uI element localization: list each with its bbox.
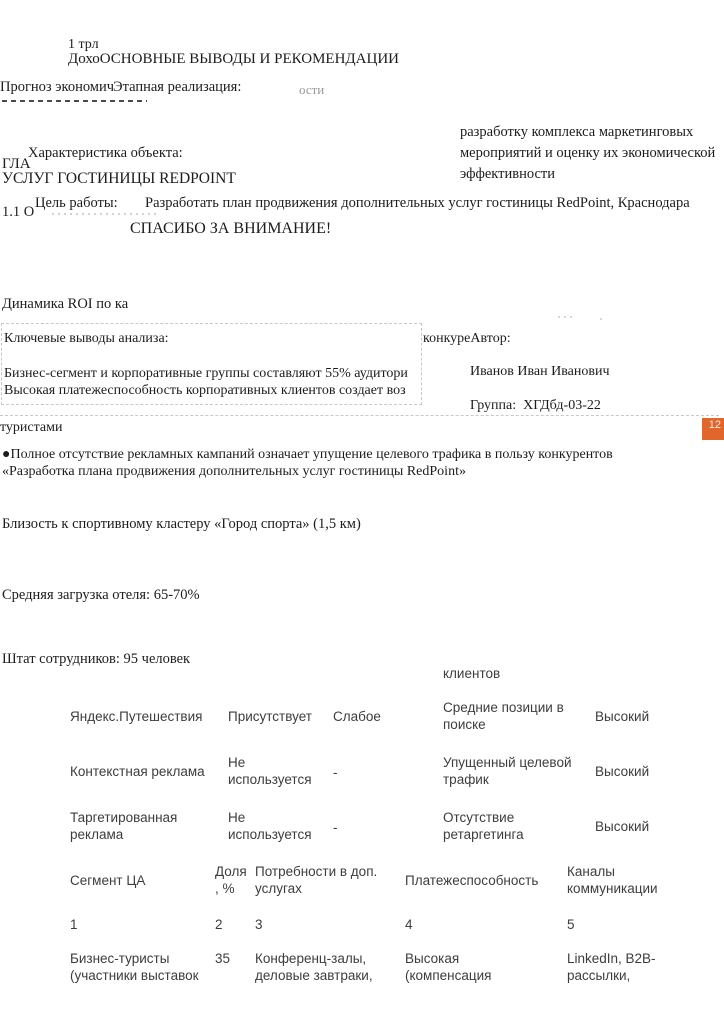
page-number-badge: 12	[702, 418, 724, 440]
trillion-fragment: 1 трл	[68, 37, 99, 52]
key-findings-line2: Высокая платежеспособность корпоративных…	[4, 383, 421, 398]
table-cell: Не используется	[228, 754, 338, 788]
author-name: Иванов Иван Иванович	[470, 364, 609, 379]
table-cell: -	[333, 819, 338, 836]
konkure-fragment: конкуре	[423, 331, 470, 346]
section-number-fragment: 1.1 О	[2, 205, 34, 220]
key-findings-title: Ключевые выводы анализа:	[4, 331, 169, 346]
table-cell: Бизнес-туристы (участники выставок	[70, 950, 235, 984]
table-cell: 3	[255, 916, 263, 933]
hotel-services-title: УСЛУГ ГОСТИНИЦЫ REDPOINT	[2, 171, 236, 186]
table-cell: Присутствует	[228, 708, 312, 725]
goal-text: Разработать план продвижения дополнитель…	[145, 196, 690, 211]
faded-speck-artifact	[558, 316, 572, 318]
author-label: Автор:	[470, 331, 510, 346]
table-cell: -	[333, 764, 338, 781]
table-cell: Не используется	[228, 809, 338, 843]
quote-line: «Разработка плана продвижения дополнител…	[2, 464, 466, 479]
faded-text-artifact	[52, 213, 157, 215]
thanks-line: СПАСИБО ЗА ВНИМАНИЕ!	[130, 221, 331, 236]
author-line: конкуреАвтор:	[423, 331, 511, 346]
table-cell: Конференц-залы, деловые завтраки,	[255, 950, 420, 984]
key-findings-line1: Бизнес-сегмент и корпоративные группы со…	[4, 366, 421, 381]
table-cell: Высокий	[595, 818, 649, 835]
forecast-fragment: Прогноз экономич	[0, 80, 114, 95]
table-header-cell: Платежеспособность	[405, 872, 538, 889]
table-cell: Таргетированная реклама	[70, 809, 200, 843]
faded-speck-artifact	[600, 318, 605, 320]
staff-line: Штат сотрудников: 95 человек	[2, 652, 190, 667]
table-cell: 2	[215, 916, 223, 933]
main-title: ДохоОСНОВНЫЕ ВЫВОДЫ И РЕКОМЕНДАЦИИ	[68, 52, 399, 67]
goal-label: Цель работы:	[35, 196, 118, 211]
clients-fragment: клиентов	[443, 665, 500, 682]
clipped-text-artifact	[2, 100, 147, 102]
table-cell: Упущенный целевой трафик	[443, 754, 598, 788]
table-cell: Контекстная реклама	[70, 763, 205, 780]
table-cell: Высокая (компенсация	[405, 950, 550, 984]
table-cell: 5	[567, 916, 575, 933]
table-cell: 1	[70, 916, 78, 933]
table-cell: Слабое	[333, 708, 381, 725]
table-cell: 35	[215, 950, 230, 967]
proximity-line: Близость к спортивному кластеру «Город с…	[2, 517, 361, 532]
occupancy-line: Средняя загрузка отеля: 65-70%	[2, 588, 200, 603]
table-cell: Яндекс.Путешествия	[70, 708, 202, 725]
marketing-block: разработку комплекса маркетинговых мероп…	[460, 122, 724, 185]
group-label: Группа:	[470, 398, 516, 413]
table-cell: Высокий	[595, 763, 649, 780]
table-cell: Средние позиции в поиске	[443, 699, 593, 733]
table-header-cell: Потребности в доп. услугах	[255, 863, 407, 897]
group-line: Группа: ХГДбд-03-22	[470, 398, 601, 413]
characteristic-label: Характеристика объекта:	[28, 146, 183, 161]
table-cell: Высокий	[595, 708, 649, 725]
forecast-tail-fragment: ости	[299, 82, 324, 97]
group-value: ХГДбд-03-22	[523, 398, 601, 413]
table-cell: LinkedIn, B2B- рассылки,	[567, 950, 697, 984]
table-header-cell: Каналы коммуникации	[567, 863, 692, 897]
stage-label: Этапная реализация:	[113, 80, 269, 95]
document-page: 1 трл ДохоОСНОВНЫЕ ВЫВОДЫ И РЕКОМЕНДАЦИИ…	[0, 0, 724, 1024]
roi-fragment: Динамика ROI по ка	[2, 297, 128, 312]
bullet-line: ●Полное отсутствие рекламных кампаний оз…	[2, 447, 613, 462]
table-cell: 4	[405, 916, 413, 933]
table-header-cell: Сегмент ЦА	[70, 872, 145, 889]
tourists-fragment: туристами	[0, 420, 63, 435]
slide-separator-line	[0, 415, 719, 416]
table-cell: Отсутствие ретаргетинга	[443, 809, 573, 843]
